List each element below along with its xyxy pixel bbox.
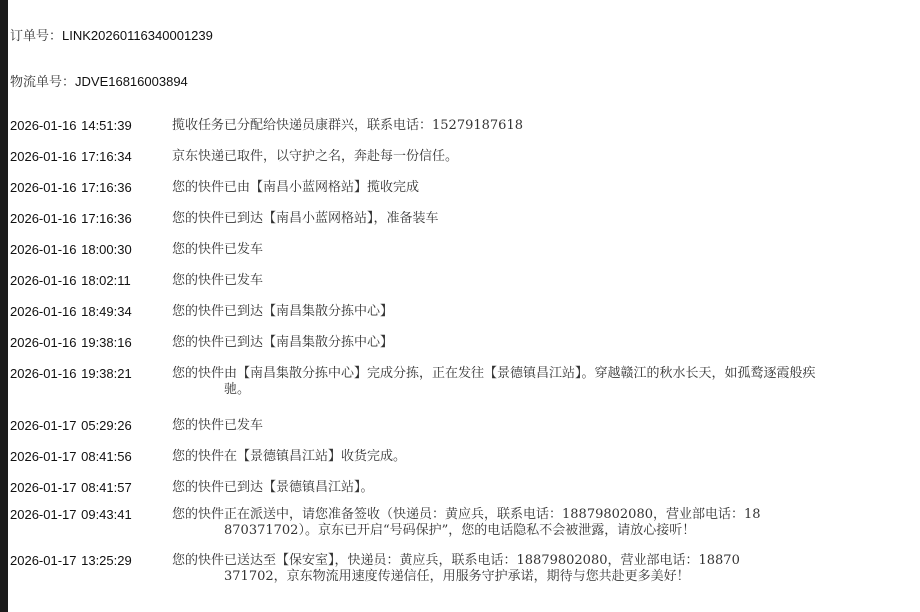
tracking-event: 2026-01-16 17:16:36 您的快件已到达【南昌小蓝网格站】，准备装… bbox=[10, 211, 920, 242]
event-time: 2026-01-16 17:16:34 bbox=[10, 149, 172, 165]
event-description: 您的快件已到达【景德镇昌江站】。 bbox=[172, 480, 920, 496]
tracking-event: 2026-01-16 18:49:34 您的快件已到达【南昌集散分拣中心】 bbox=[10, 304, 920, 335]
event-time: 2026-01-17 13:25:29 bbox=[10, 553, 172, 569]
event-time: 2026-01-16 17:16:36 bbox=[10, 211, 172, 227]
event-description-line-1: 您的快件已送达至【保安室】，快递员：黄应兵，联系电话：18879802080，营… bbox=[172, 553, 740, 568]
tracking-event: 2026-01-16 17:16:36 您的快件已由【南昌小蓝网格站】揽收完成 bbox=[10, 180, 920, 211]
event-description-line-2: 870371702）。京东已开启“号码保护”，您的电话隐私不会被泄露，请放心接听… bbox=[172, 523, 916, 539]
order-number-line: 订单号：LINK20260116340001239 bbox=[10, 25, 213, 44]
event-time: 2026-01-16 14:51:39 bbox=[10, 118, 172, 134]
event-description: 您的快件由【南昌集散分拣中心】完成分拣，正在发往【景德镇昌江站】。穿越赣江的秋水… bbox=[172, 366, 920, 398]
event-description: 您的快件已发车 bbox=[172, 242, 920, 258]
tracking-event: 2026-01-17 08:41:56 您的快件在【景德镇昌江站】收货完成。 bbox=[10, 449, 920, 480]
tracking-event: 2026-01-16 18:02:11 您的快件已发车 bbox=[10, 273, 920, 304]
tracking-event: 2026-01-16 19:38:16 您的快件已到达【南昌集散分拣中心】 bbox=[10, 335, 920, 360]
event-time: 2026-01-16 18:02:11 bbox=[10, 273, 172, 289]
event-time: 2026-01-17 08:41:57 bbox=[10, 480, 172, 496]
tracking-event: 2026-01-17 13:25:29 您的快件已送达至【保安室】，快递员：黄应… bbox=[10, 553, 920, 599]
event-description-line-1: 您的快件由【南昌集散分拣中心】完成分拣，正在发往【景德镇昌江站】。穿越赣江的秋水… bbox=[172, 366, 816, 381]
tracking-event-list: 2026-01-16 14:51:39 揽收任务已分配给快递员康群兴，联系电话：… bbox=[10, 118, 920, 599]
event-time: 2026-01-16 18:00:30 bbox=[10, 242, 172, 258]
event-description: 您的快件已由【南昌小蓝网格站】揽收完成 bbox=[172, 180, 920, 196]
event-time: 2026-01-17 05:29:26 bbox=[10, 418, 172, 434]
event-time: 2026-01-16 19:38:21 bbox=[10, 366, 172, 382]
event-time: 2026-01-16 18:49:34 bbox=[10, 304, 172, 320]
order-number-value: LINK20260116340001239 bbox=[62, 28, 213, 43]
event-time: 2026-01-16 19:38:16 bbox=[10, 335, 172, 351]
window-edge bbox=[0, 0, 8, 612]
tracking-number-value: JDVE16816003894 bbox=[75, 74, 188, 89]
tracking-event: 2026-01-16 18:00:30 您的快件已发车 bbox=[10, 242, 920, 273]
tracking-event: 2026-01-17 09:43:41 您的快件正在派送中，请您准备签收（快递员… bbox=[10, 507, 920, 553]
event-description-line-1: 您的快件正在派送中，请您准备签收（快递员：黄应兵，联系电话：1887980208… bbox=[172, 507, 761, 522]
tracking-event: 2026-01-17 08:41:57 您的快件已到达【景德镇昌江站】。 bbox=[10, 480, 920, 507]
event-description-line-2: 371702，京东物流用速度传递信任，用服务守护承诺，期待与您共赴更多美好！ bbox=[172, 569, 916, 585]
event-description: 您的快件已发车 bbox=[172, 418, 920, 434]
event-description: 您的快件已到达【南昌小蓝网格站】，准备装车 bbox=[172, 211, 920, 227]
event-description: 揽收任务已分配给快递员康群兴，联系电话：15279187618 bbox=[172, 118, 920, 134]
event-description: 京东快递已取件，以守护之名，奔赴每一份信任。 bbox=[172, 149, 920, 165]
tracking-number-line: 物流单号：JDVE16816003894 bbox=[10, 71, 188, 90]
tracking-event: 2026-01-16 17:16:34 京东快递已取件，以守护之名，奔赴每一份信… bbox=[10, 149, 920, 180]
event-time: 2026-01-17 08:41:56 bbox=[10, 449, 172, 465]
event-description: 您的快件已发车 bbox=[172, 273, 920, 289]
event-description: 您的快件正在派送中，请您准备签收（快递员：黄应兵，联系电话：1887980208… bbox=[172, 507, 920, 539]
tracking-event: 2026-01-17 05:29:26 您的快件已发车 bbox=[10, 418, 920, 449]
event-description: 您的快件在【景德镇昌江站】收货完成。 bbox=[172, 449, 920, 465]
tracking-event: 2026-01-16 19:38:21 您的快件由【南昌集散分拣中心】完成分拣，… bbox=[10, 366, 920, 418]
event-description: 您的快件已到达【南昌集散分拣中心】 bbox=[172, 335, 920, 351]
event-description: 您的快件已送达至【保安室】，快递员：黄应兵，联系电话：18879802080，营… bbox=[172, 553, 920, 585]
logistics-detail-page: 订单号：LINK20260116340001239 物流单号：JDVE16816… bbox=[10, 0, 920, 612]
tracking-number-label: 物流单号： bbox=[10, 75, 75, 90]
event-description-line-2: 驰。 bbox=[172, 382, 916, 398]
event-time: 2026-01-16 17:16:36 bbox=[10, 180, 172, 196]
tracking-event: 2026-01-16 14:51:39 揽收任务已分配给快递员康群兴，联系电话：… bbox=[10, 118, 920, 149]
order-number-label: 订单号： bbox=[10, 29, 62, 44]
event-time: 2026-01-17 09:43:41 bbox=[10, 507, 172, 523]
event-description: 您的快件已到达【南昌集散分拣中心】 bbox=[172, 304, 920, 320]
